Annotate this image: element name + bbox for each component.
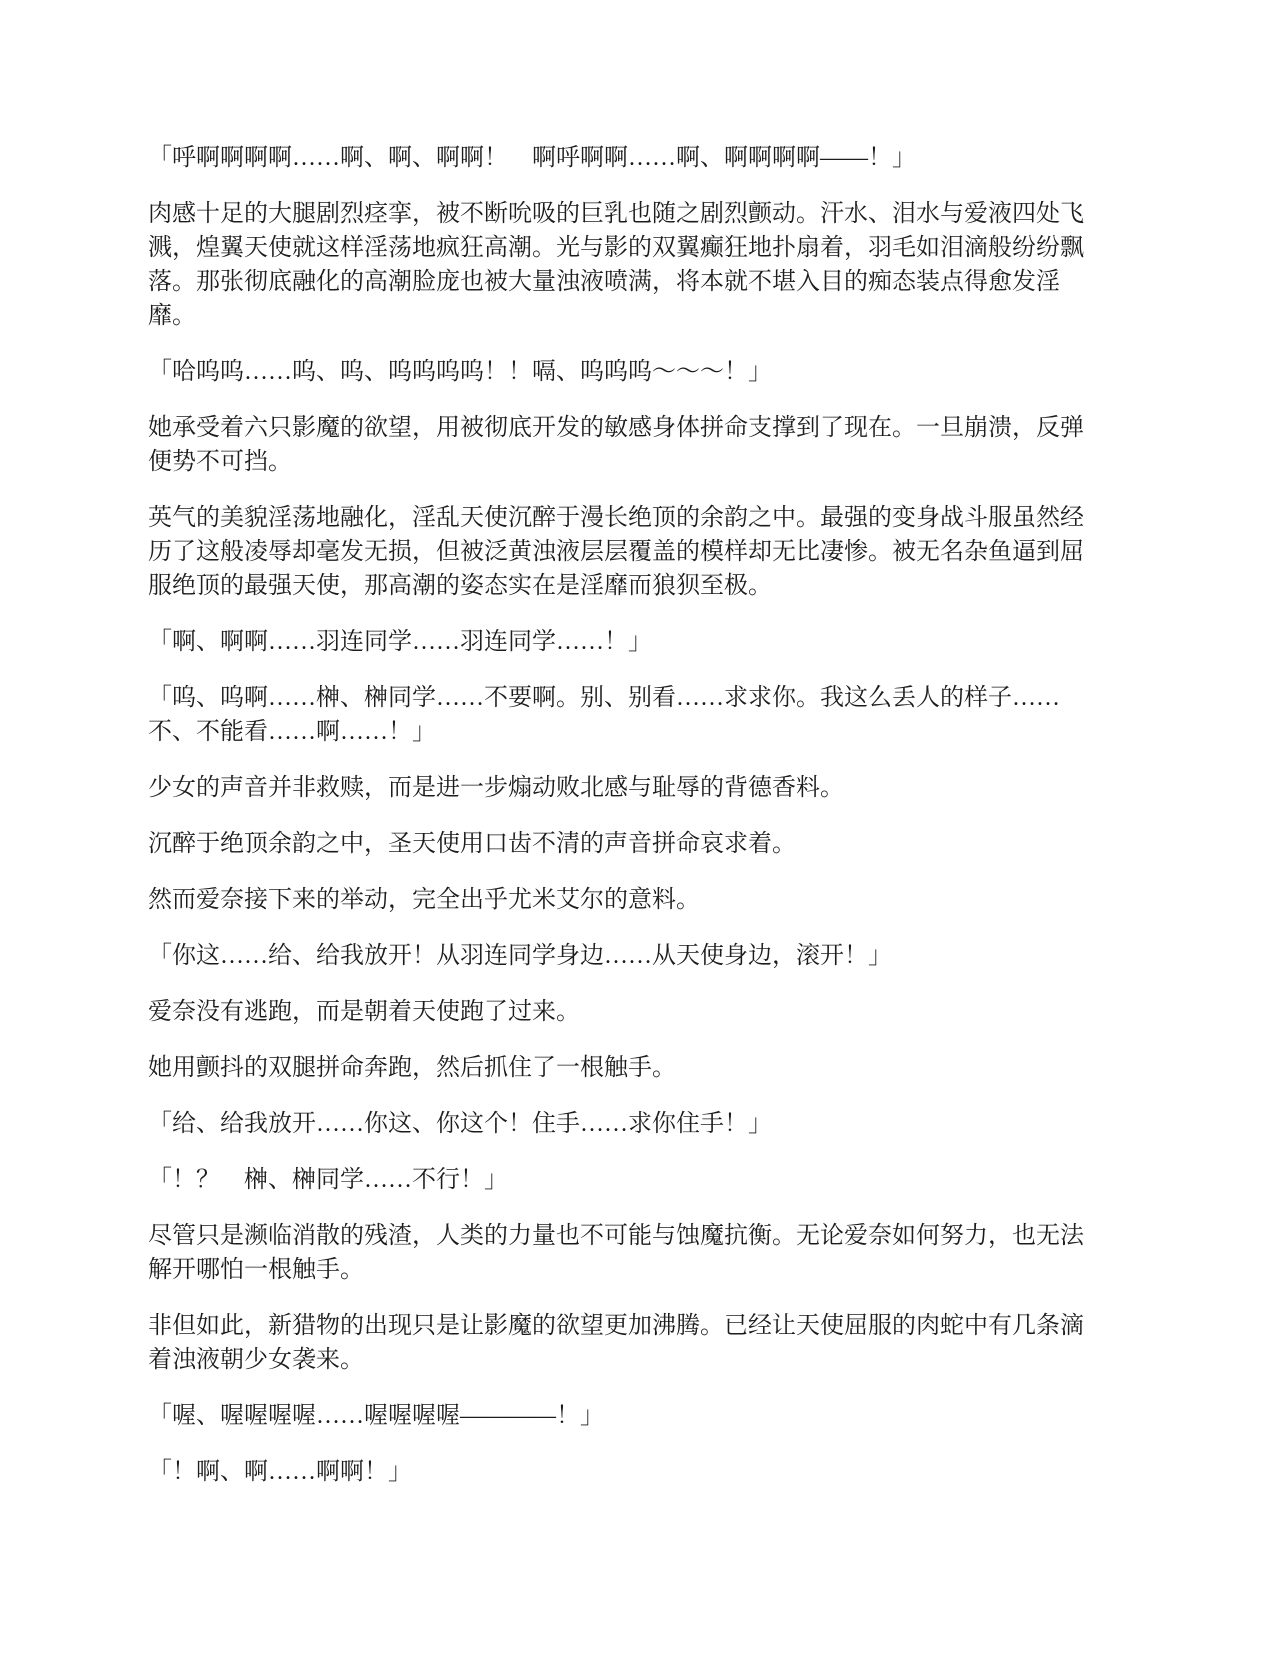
narration-paragraph-5: 英气的美貌淫荡地融化，淫乱天使沉醉于漫长绝顶的余韵之中。最强的变身战斗服虽然经历…	[148, 501, 1090, 603]
dialogue-line-7: 「呜、呜啊……榊、榊同学……不要啊。别、别看……求求你。我这么丢人的样子……不、…	[148, 681, 1090, 749]
narration-paragraph-17: 非但如此，新猎物的出现只是让影魔的欲望更加沸腾。已经让天使屈服的肉蛇中有几条滴着…	[148, 1309, 1090, 1377]
dialogue-line-19: 「！啊、啊……啊啊！」	[148, 1455, 1090, 1489]
dialogue-line-3: 「哈呜呜……呜、呜、呜呜呜呜！！嗝、呜呜呜～～～！」	[148, 355, 1090, 389]
dialogue-line-1: 「呼啊啊啊啊……啊、啊、啊啊！ 啊呼啊啊……啊、啊啊啊啊——！」	[148, 141, 1090, 175]
narration-paragraph-4: 她承受着六只影魔的欲望，用被彻底开发的敏感身体拼命支撑到了现在。一旦崩溃，反弹便…	[148, 411, 1090, 479]
dialogue-line-11: 「你这……给、给我放开！从羽连同学身边……从天使身边，滚开！」	[148, 939, 1090, 973]
narration-paragraph-2: 肉感十足的大腿剧烈痉挛，被不断吮吸的巨乳也随之剧烈颤动。汗水、泪水与爱液四处飞溅…	[148, 197, 1090, 333]
narration-paragraph-13: 她用颤抖的双腿拼命奔跑，然后抓住了一根触手。	[148, 1051, 1090, 1085]
narration-paragraph-12: 爱奈没有逃跑，而是朝着天使跑了过来。	[148, 995, 1090, 1029]
dialogue-line-18: 「喔、喔喔喔喔……喔喔喔喔————！」	[148, 1399, 1090, 1433]
narration-paragraph-10: 然而爱奈接下来的举动，完全出乎尤米艾尔的意料。	[148, 883, 1090, 917]
narration-paragraph-16: 尽管只是濒临消散的残渣，人类的力量也不可能与蚀魔抗衡。无论爱奈如何努力，也无法解…	[148, 1219, 1090, 1287]
narration-paragraph-8: 少女的声音并非救赎，而是进一步煽动败北感与耻辱的背德香料。	[148, 771, 1090, 805]
dialogue-line-14: 「给、给我放开……你这、你这个！住手……求你住手！」	[148, 1107, 1090, 1141]
page: 「呼啊啊啊啊……啊、啊、啊啊！ 啊呼啊啊……啊、啊啊啊啊——！」 肉感十足的大腿…	[0, 0, 1280, 1656]
narration-paragraph-9: 沉醉于绝顶余韵之中，圣天使用口齿不清的声音拼命哀求着。	[148, 827, 1090, 861]
dialogue-line-15: 「！？ 榊、榊同学……不行！」	[148, 1163, 1090, 1197]
dialogue-line-6: 「啊、啊啊……羽连同学……羽连同学……！」	[148, 625, 1090, 659]
